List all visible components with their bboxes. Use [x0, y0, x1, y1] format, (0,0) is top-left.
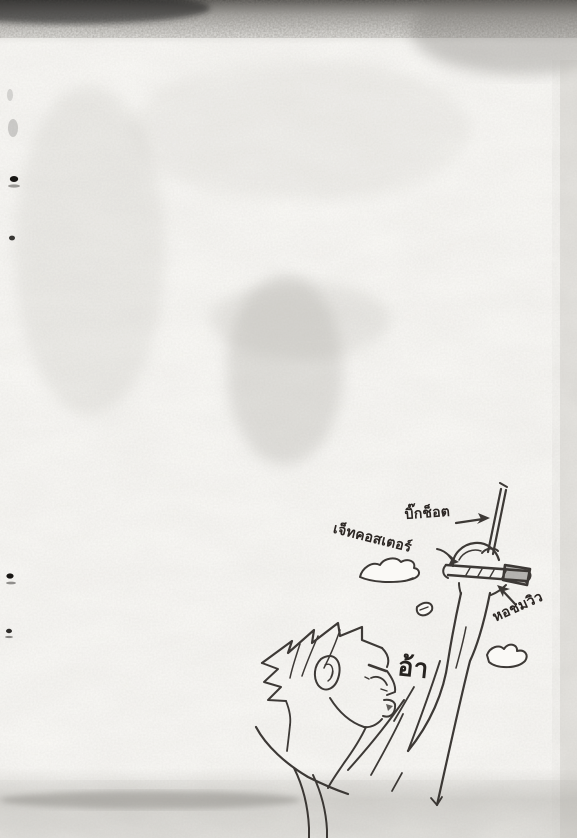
binding-smear — [6, 582, 16, 585]
right-edge-noise — [552, 60, 577, 838]
exclamation-text: อ้า — [396, 646, 431, 690]
binding-dot — [6, 573, 13, 578]
sketch-artwork — [0, 0, 577, 838]
bottom-scan-noise — [0, 780, 577, 838]
edge-smudge — [7, 89, 13, 101]
scan-artifacts — [0, 0, 577, 838]
binding-dot — [9, 236, 15, 241]
center-smudge-top — [210, 282, 390, 358]
big-shot-label: บิ๊กช็อต — [404, 501, 451, 526]
edge-smudge — [8, 119, 18, 137]
binding-smear — [8, 184, 20, 187]
bottom-left-streak — [0, 791, 300, 809]
upper-mottle — [130, 60, 470, 200]
binding-dot — [6, 629, 12, 633]
scanned-manga-page: บิ๊กช็อต เจ็ทคอสเตอร์ หอชมวิว อ้า — [0, 0, 577, 838]
binding-smear — [5, 636, 13, 638]
binding-dot — [10, 176, 18, 182]
